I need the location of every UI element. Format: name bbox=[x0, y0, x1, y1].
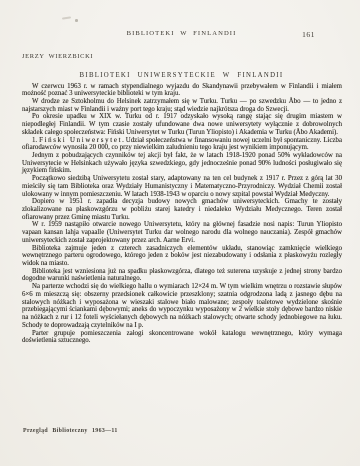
body-paragraph: W drodze ze Sztokholmu do Helsinek zatrz… bbox=[22, 98, 342, 113]
body-paragraph: Na parterze wchodzi się do wielkiego hal… bbox=[22, 283, 342, 329]
pencil-dash-icon bbox=[62, 16, 71, 19]
body-paragraph: W czerwcu 1963 r. w ramach stypendialneg… bbox=[22, 83, 342, 98]
running-head: BIBLIOTEKI W FINLANDII 161 bbox=[22, 30, 341, 40]
body-paragraph: W r. 1959 nastąpiło otwarcie nowego Uniw… bbox=[22, 221, 342, 244]
scanned-page: BIBLIOTEKI W FINLANDII 161 JERZY WIERZBI… bbox=[0, 0, 360, 466]
running-head-title: BIBLIOTEKI W FINLANDII bbox=[127, 30, 237, 37]
section-number: 1. bbox=[32, 137, 37, 144]
author-name: JERZY WIERZBICKI bbox=[22, 53, 93, 60]
article-title: BIBLIOTEKI UNIWERSYTECKIE W FINLANDII bbox=[22, 72, 341, 79]
body-paragraph: Parter grupuje pomieszczenia załogi skon… bbox=[22, 330, 342, 345]
body-paragraph: Dopiero w 1951 r. zapadła decyzja budowy… bbox=[22, 198, 342, 221]
body-paragraph: Jednym z pobudzających czynników tej akc… bbox=[22, 152, 342, 175]
page-number: 161 bbox=[302, 30, 315, 39]
section-heading-inline: Fiński Uniwersytet bbox=[39, 137, 122, 144]
body-paragraph: Biblioteka zajmuje jeden z czterech zasa… bbox=[22, 245, 342, 268]
body-paragraph: Początkowo siedzibą Uniwersytetu został … bbox=[22, 175, 342, 198]
journal-signature: Przegląd Biblioteczny 1963—11 bbox=[23, 428, 118, 434]
body-paragraph: Biblioteka jest wzniesiona już na spadku… bbox=[22, 268, 342, 283]
body-paragraph-section: 1. Fiński Uniwersytet. Udział społeczeńs… bbox=[22, 137, 342, 152]
body-paragraph: Po okresie upadku w XIX w. Turku od r. 1… bbox=[22, 113, 342, 136]
article-body: W czerwcu 1963 r. w ramach stypendialneg… bbox=[22, 83, 342, 345]
pencil-mark-icon bbox=[62, 15, 84, 23]
pencil-dot-icon bbox=[75, 19, 78, 22]
